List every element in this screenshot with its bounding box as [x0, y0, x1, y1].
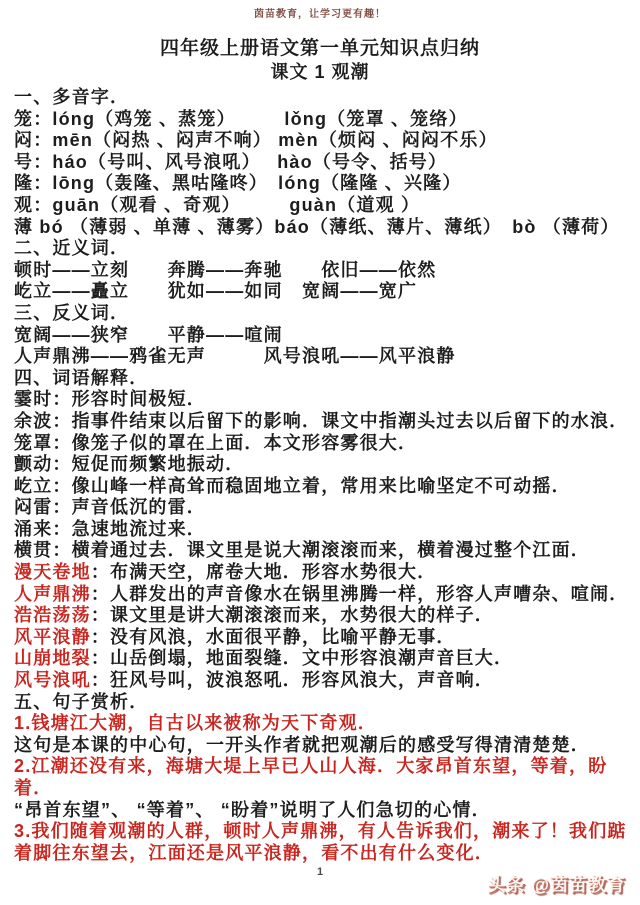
- definition-line: 风平浪静：没有风浪，水面很平静，比喻平静无事．: [14, 627, 634, 649]
- analyzed-sentence: 2.江潮还没有来，海塘大堤上早已人山人海．大家昂首东望，等着，盼着．: [14, 756, 634, 799]
- polyphone-row: 闷：mēn（闷热 、闷声不响） mèn（烦闷 、闷闷不乐）: [14, 130, 634, 152]
- definition-text: ：课文里是讲大潮滚滚而来，水势很大的样子．: [91, 605, 494, 625]
- definition-text: ：声音低沉的雷．: [52, 497, 206, 517]
- definition-term: 霎时: [14, 389, 52, 409]
- definition-term: 横贯: [14, 540, 52, 560]
- antonym-row: 人声鼎沸——鸦雀无声 风号浪吼——风平浪静: [14, 346, 634, 368]
- section1-heading: 一、多音字．: [14, 87, 634, 109]
- section3-heading: 三、反义词．: [14, 303, 634, 325]
- definition-line: 横贯：横着通过去．课文里是说大潮滚滚而来，横着漫过整个江面．: [14, 540, 634, 562]
- definition-text: ：指事件结束以后留下的影响．课文中指潮头过去以后留下的水浪．: [52, 411, 628, 431]
- document-page: 茵苗教育，让学习更有趣！ 四年级上册语文第一单元知识点归纳 课文 1 观潮 一、…: [0, 0, 640, 905]
- section5-heading: 五、句子赏析．: [14, 692, 634, 714]
- analyzed-sentence: 1.钱塘江大潮，自古以来被称为天下奇观．: [14, 713, 634, 735]
- definition-line: 浩浩荡荡：课文里是讲大潮滚滚而来，水势很大的样子．: [14, 605, 634, 627]
- definition-text: ：人群发出的声音像水在锅里沸腾一样，形容人声嘈杂、喧闹．: [91, 584, 629, 604]
- definition-term-highlighted: 人声鼎沸: [14, 584, 91, 604]
- polyphone-row: 号：háo（号叫、风号浪吼） hào（号令、括号）: [14, 152, 634, 174]
- analyzed-sentence: 3.我们随着观潮的人群，顿时人声鼎沸，有人告诉我们，潮来了！我们踮着脚往东望去，…: [14, 821, 634, 864]
- definition-text: ：形容时间极短．: [52, 389, 206, 409]
- definition-line: 人声鼎沸：人群发出的声音像水在锅里沸腾一样，形容人声嘈杂、喧闹．: [14, 584, 634, 606]
- antonym-row: 宽阔——狭窄 平静——喧闹: [14, 325, 634, 347]
- definition-text: ：短促而频繁地振动．: [52, 454, 244, 474]
- definition-term: 笼罩: [14, 433, 52, 453]
- definition-text: ：狂风号叫，波浪怒吼．形容风浪大，声音响．: [91, 670, 494, 690]
- definition-text: ：布满天空，席卷大地．形容水势很大．: [91, 562, 437, 582]
- synonym-row: 顿时——立刻 奔腾——奔驰 依旧——依然: [14, 260, 634, 282]
- definition-line: 颤动：短促而频繁地振动．: [14, 454, 634, 476]
- definition-line: 山崩地裂：山岳倒塌，地面裂缝．文中形容浪潮声音巨大．: [14, 648, 634, 670]
- definition-line: 余波：指事件结束以后留下的影响．课文中指潮头过去以后留下的水浪．: [14, 411, 634, 433]
- definition-term-highlighted: 漫天卷地: [14, 562, 91, 582]
- document-body: 一、多音字． 笼：lóng（鸡笼 、蒸笼） lǒng（笼罩 、笼络） 闷：mēn…: [14, 87, 634, 864]
- sentence-analysis: “昂首东望”、 “等着”、 “盼着”说明了人们急切的心情．: [14, 800, 634, 822]
- definition-line: 闷雷：声音低沉的雷．: [14, 497, 634, 519]
- polyphone-row: 笼：lóng（鸡笼 、蒸笼） lǒng（笼罩 、笼络）: [14, 109, 634, 131]
- definition-text: ：没有风浪，水面很平静，比喻平静无事．: [91, 627, 456, 647]
- sentence-analysis: 这句是本课的中心句，一开头作者就把观潮后的感受写得清清楚楚．: [14, 735, 634, 757]
- definition-line: 漫天卷地：布满天空，席卷大地．形容水势很大．: [14, 562, 634, 584]
- brand-watermark-top: 茵苗教育，让学习更有趣！: [0, 0, 640, 21]
- definition-term: 屹立: [14, 476, 52, 496]
- polyphone-row: 观：guān（观看 、奇观） guàn（道观 ）: [14, 195, 634, 217]
- definition-term: 涌来: [14, 519, 52, 539]
- definition-text: ：山岳倒塌，地面裂缝．文中形容浪潮声音巨大．: [91, 648, 513, 668]
- definition-line: 涌来：急速地流过来．: [14, 519, 634, 541]
- toutiao-watermark: 头条 @茵苗教育: [487, 871, 626, 897]
- definition-line: 笼罩：像笼子似的罩在上面．本文形容雾很大．: [14, 433, 634, 455]
- synonym-row: 屹立——矗立 犹如——如同 宽阔——宽广: [14, 281, 634, 303]
- definition-text: ：横着通过去．课文里是说大潮滚滚而来，横着漫过整个江面．: [52, 540, 590, 560]
- definition-term: 余波: [14, 411, 52, 431]
- definition-text: ：急速地流过来．: [52, 519, 206, 539]
- section4-heading: 四、词语解释．: [14, 368, 634, 390]
- definition-term: 颤动: [14, 454, 52, 474]
- section2-heading: 二、近义词．: [14, 238, 634, 260]
- page-title: 四年级上册语文第一单元知识点归纳: [0, 37, 640, 61]
- definition-line: 霎时：形容时间极短．: [14, 389, 634, 411]
- definition-term-highlighted: 风平浪静: [14, 627, 91, 647]
- lesson-subtitle: 课文 1 观潮: [0, 61, 640, 84]
- polyphone-row: 薄 bó （薄弱 、单薄 、薄雾）báo（薄纸、薄片、薄纸） bò （薄荷）: [14, 217, 634, 239]
- definition-text: ：像山峰一样高耸而稳固地立着，常用来比喻坚定不可动摇．: [52, 476, 570, 496]
- definition-term: 闷雷: [14, 497, 52, 517]
- definition-line: 风号浪吼：狂风号叫，波浪怒吼．形容风浪大，声音响．: [14, 670, 634, 692]
- definition-term-highlighted: 浩浩荡荡: [14, 605, 91, 625]
- definition-text: ：像笼子似的罩在上面．本文形容雾很大．: [52, 433, 417, 453]
- definition-line: 屹立：像山峰一样高耸而稳固地立着，常用来比喻坚定不可动摇．: [14, 476, 634, 498]
- polyphone-row: 隆：lōng（轰隆、黑咕隆咚） lóng（隆隆 、兴隆）: [14, 173, 634, 195]
- definition-term-highlighted: 风号浪吼: [14, 670, 91, 690]
- definition-term-highlighted: 山崩地裂: [14, 648, 91, 668]
